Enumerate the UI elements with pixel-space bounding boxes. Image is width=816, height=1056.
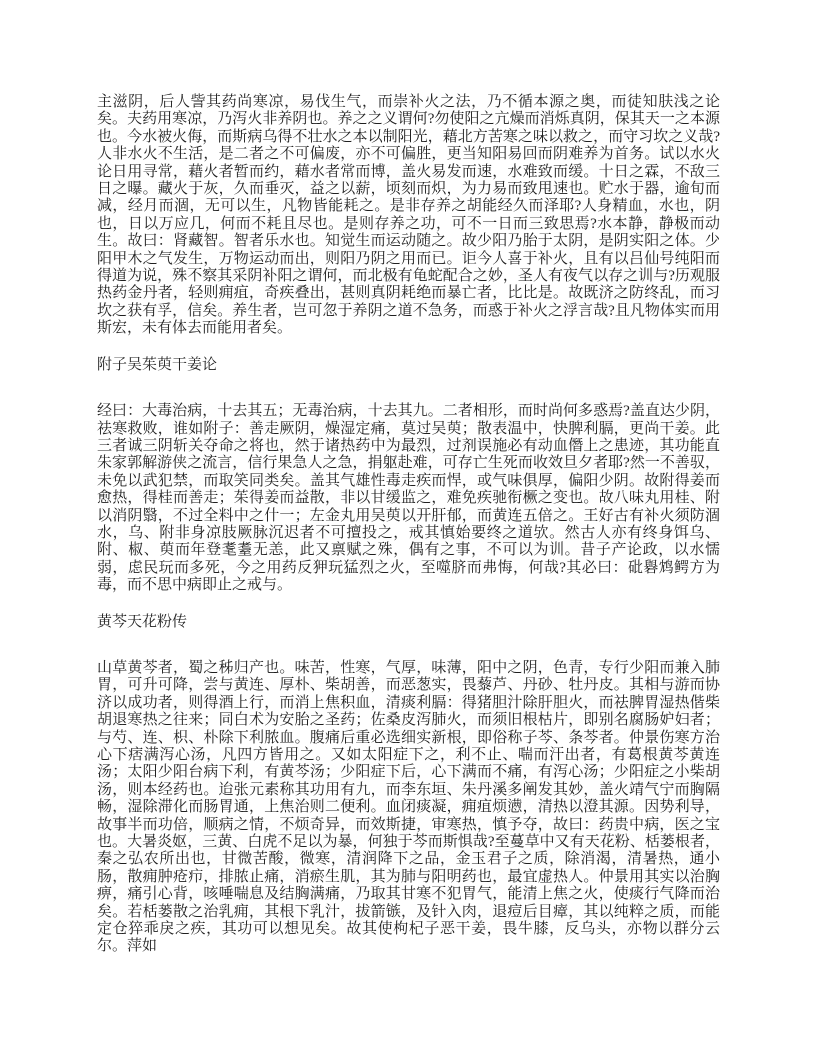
- section-body-fuzi-wuzhuyu-ganjiang: 经曰：大毒治病，十去其五；无毒治病，十去其九。二者相形，而时尚何多惑焉?盖直达少…: [97, 403, 720, 594]
- section-title-huangqin-tianhuafen: 黄芩天花粉传: [97, 614, 720, 631]
- section-title-fuzi-wuzhuyu-ganjiang: 附子吴茱萸干姜论: [97, 357, 720, 374]
- document-page: 主滋阴，后人訾其药尚寒凉，易伐生气，而崇补火之法，乃不循本源之奥，而徒知肤浅之论…: [0, 0, 816, 1056]
- section-body-huangqin-tianhuafen: 山草黄芩者，蜀之秭归产也。味苦，性寒，气厚，味薄，阳中之阴，色青，专行少阳而兼入…: [97, 660, 720, 956]
- intro-paragraph: 主滋阴，后人訾其药尚寒凉，易伐生气，而崇补火之法，乃不循本源之奥，而徒知肤浅之论…: [97, 94, 720, 338]
